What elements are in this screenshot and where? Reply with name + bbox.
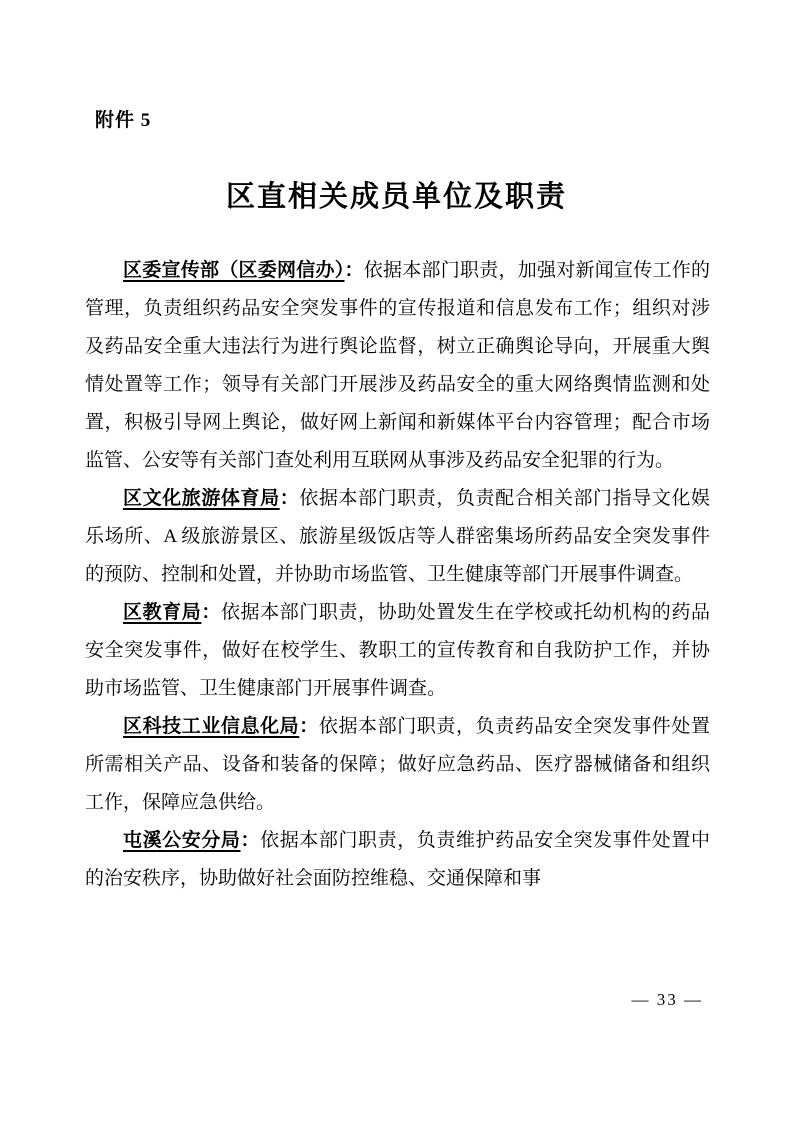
document-page: 附件 5 区直相关成员单位及职责 区委宣传部（区委网信办）：依据本部门职责，加强… bbox=[0, 0, 793, 1122]
department-name: 屯溪公安分局 bbox=[123, 830, 241, 851]
department-colon: ： bbox=[201, 602, 221, 623]
department-name: 区委宣传部（区委网信办） bbox=[123, 260, 344, 281]
document-body: 区委宣传部（区委网信办）：依据本部门职责，加强对新闻宣传工作的管理，负责组织药品… bbox=[85, 252, 710, 898]
page-number: — 33 — bbox=[632, 988, 704, 1012]
department-colon: ： bbox=[241, 830, 261, 851]
paragraph-propaganda-dept: 区委宣传部（区委网信办）：依据本部门职责，加强对新闻宣传工作的管理，负责组织药品… bbox=[85, 252, 710, 480]
paragraph-education-bureau: 区教育局：依据本部门职责，协助处置发生在学校或托幼机构的药品安全突发事件，做好在… bbox=[85, 594, 710, 708]
department-name: 区文化旅游体育局 bbox=[123, 488, 280, 509]
attachment-label: 附件 5 bbox=[0, 0, 793, 134]
paragraph-tunxi-public-security-branch: 屯溪公安分局：依据本部门职责，负责维护药品安全突发事件处置中的治安秩序，协助做好… bbox=[85, 822, 710, 898]
department-name: 区教育局 bbox=[123, 602, 201, 623]
department-name: 区科技工业信息化局 bbox=[123, 716, 299, 737]
department-colon: ： bbox=[344, 260, 363, 281]
department-colon: ： bbox=[299, 716, 319, 737]
paragraph-science-industry-info-bureau: 区科技工业信息化局：依据本部门职责，负责药品安全突发事件处置所需相关产品、设备和… bbox=[85, 708, 710, 822]
duty-text: 依据本部门职责，加强对新闻宣传工作的管理，负责组织药品安全突发事件的宣传报道和信… bbox=[85, 260, 710, 471]
department-colon: ： bbox=[280, 488, 300, 509]
page-title: 区直相关成员单位及职责 bbox=[0, 178, 793, 216]
paragraph-culture-tourism-sports-bureau: 区文化旅游体育局：依据本部门职责，负责配合相关部门指导文化娱乐场所、A 级旅游景… bbox=[85, 480, 710, 594]
